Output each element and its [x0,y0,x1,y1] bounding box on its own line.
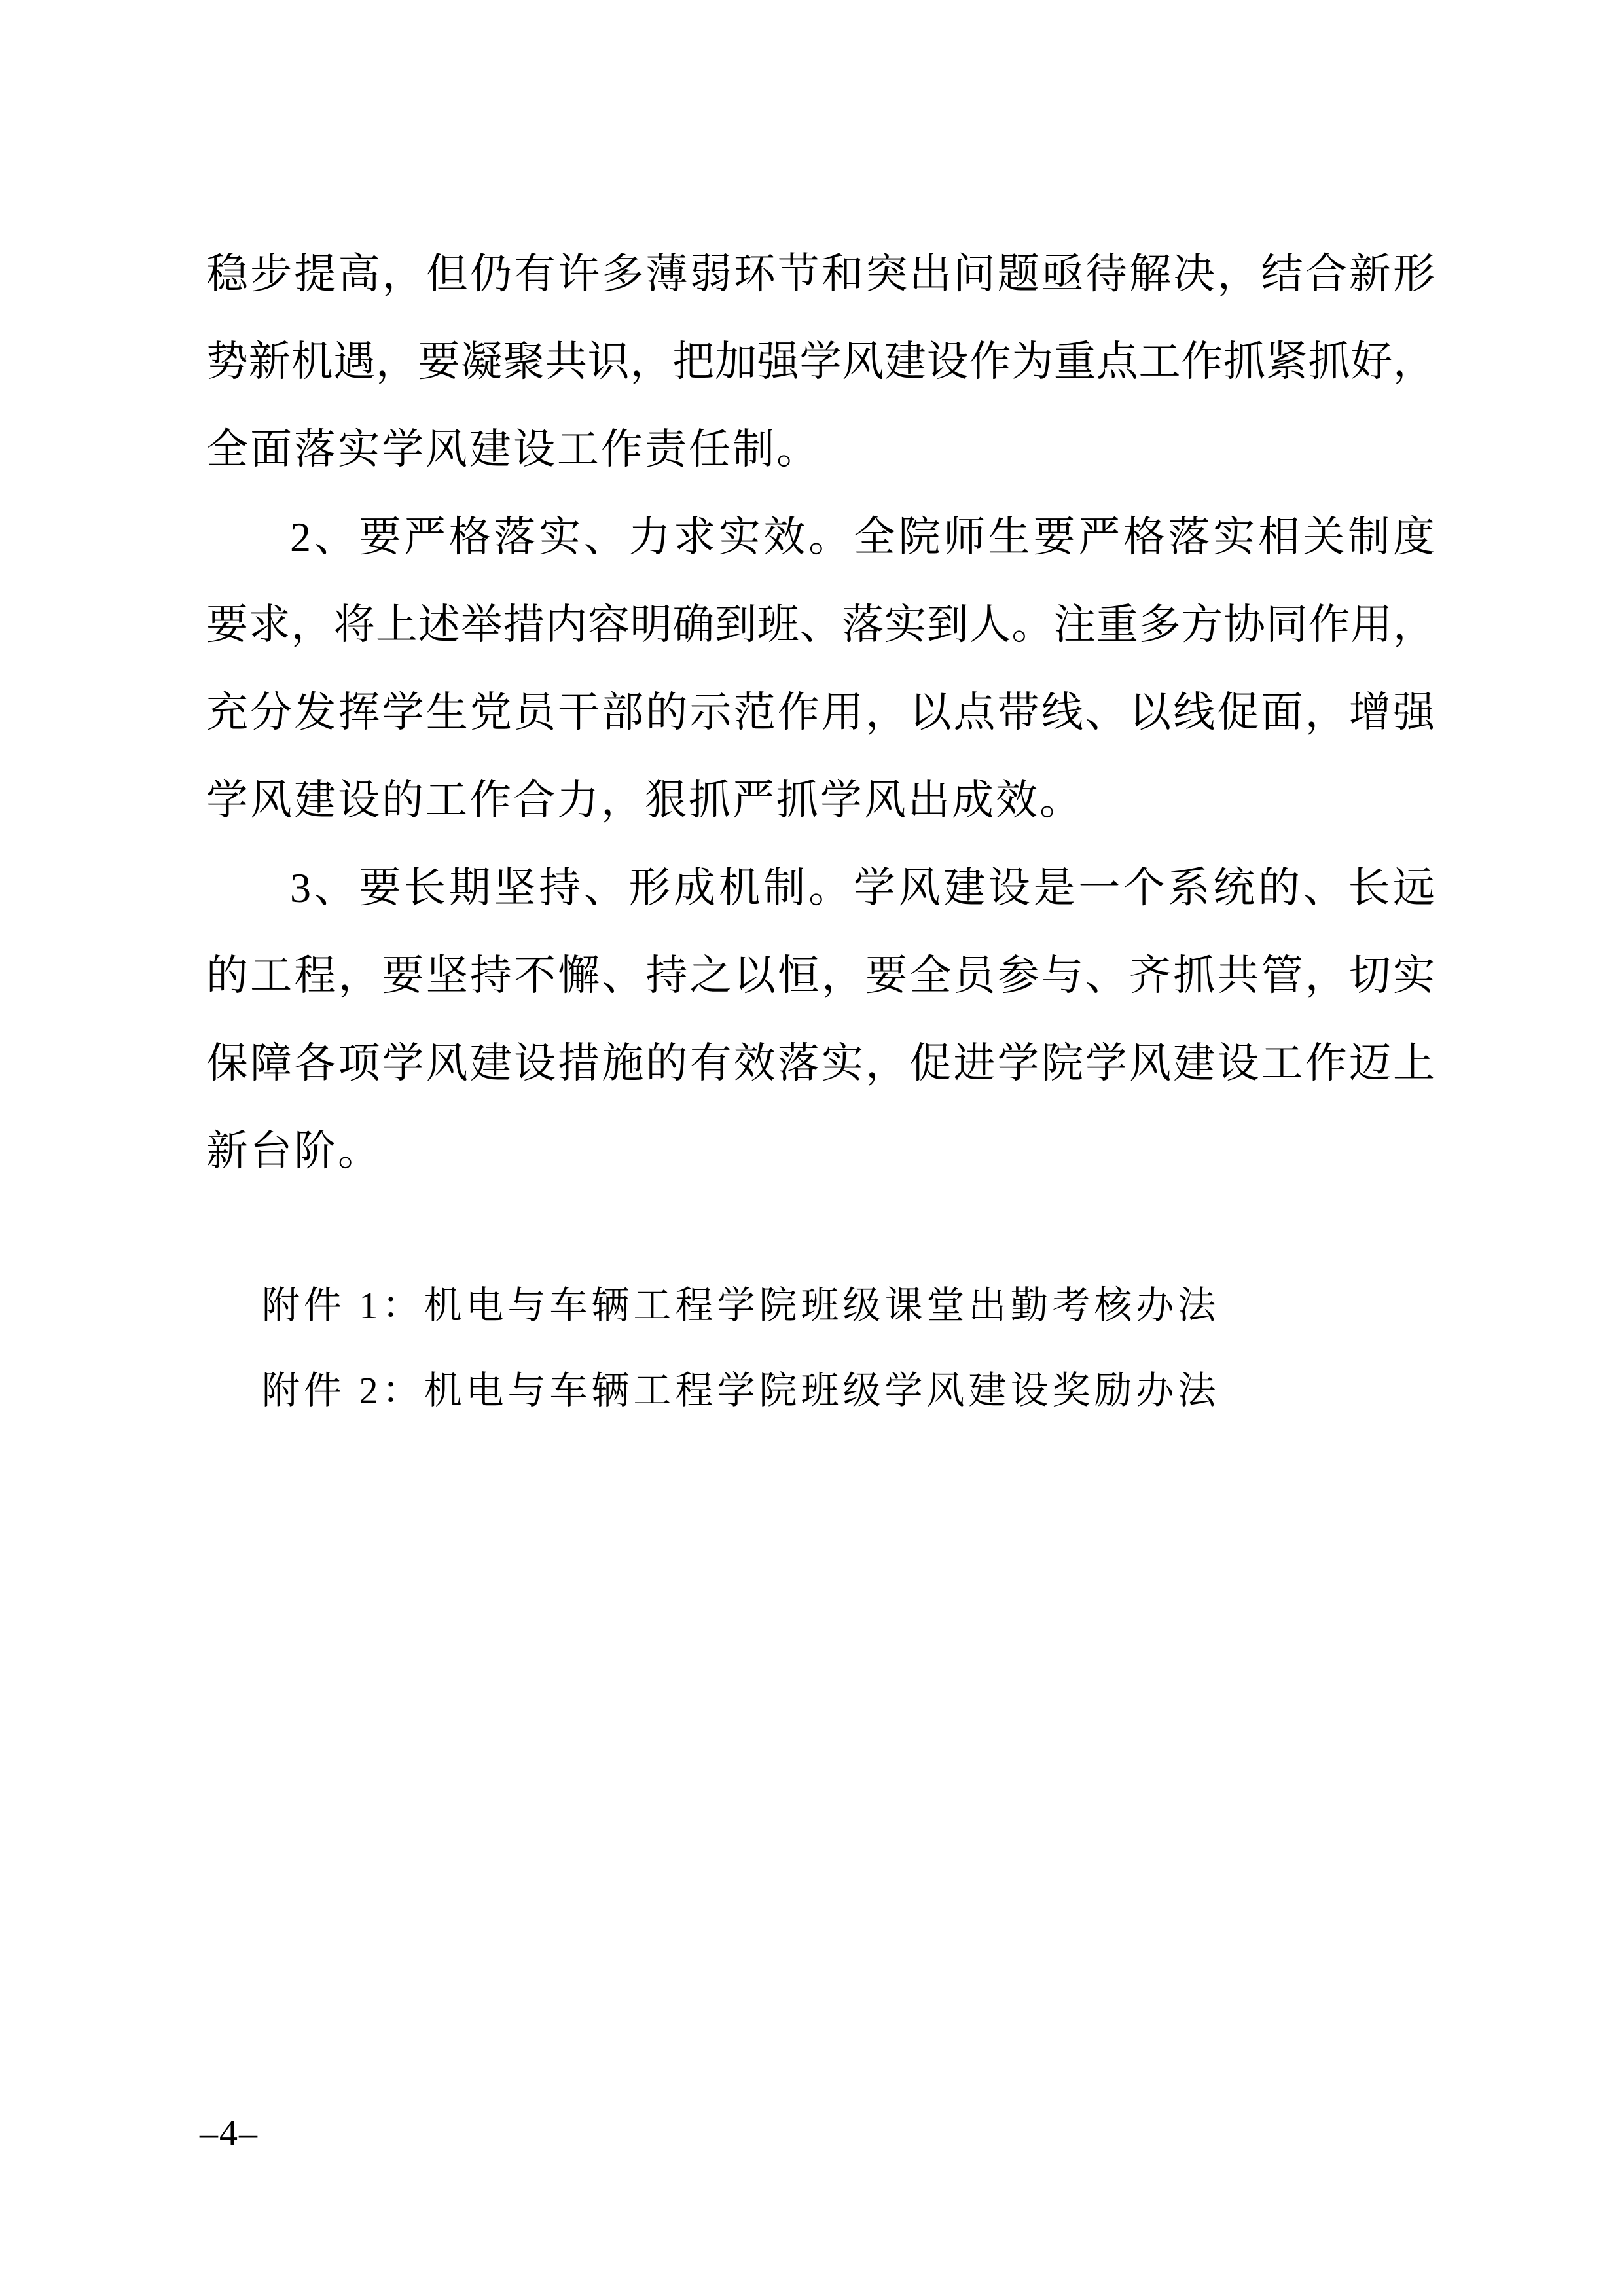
attachments-list: 附件 1：机电与车辆工程学院班级课堂出勤考核办法 附件 2：机电与车辆工程学院班… [262,1263,1440,1433]
paragraph-3-line-2: 的工程，要坚持不懈、持之以恒，要全员参与、齐抓共管，切实 [206,932,1435,1020]
page-number: –4– [200,2113,259,2153]
paragraph-2-line-2: 要求，将上述举措内容明确到班、落实到人。注重多方协同作用， [206,581,1435,669]
paragraph-1-line-2: 势新机遇，要凝聚共识，把加强学风建设作为重点工作抓紧抓好， [206,318,1435,406]
paragraph-2-line-3: 充分发挥学生党员干部的示范作用，以点带线、以线促面，增强 [206,669,1435,757]
paragraph-3-line-4: 新台阶。 [206,1107,1435,1195]
paragraph-1-line-1: 稳步提高，但仍有许多薄弱环节和突出问题亟待解决，结合新形 [206,230,1435,318]
document-body: 稳步提高，但仍有许多薄弱环节和突出问题亟待解决，结合新形 势新机遇，要凝聚共识，… [206,230,1435,1195]
attachment-2-reference: 附件 2：机电与车辆工程学院班级学风建设奖励办法 [262,1348,1440,1433]
paragraph-2-line-4: 学风建设的工作合力，狠抓严抓学风出成效。 [206,757,1435,844]
attachment-1-reference: 附件 1：机电与车辆工程学院班级课堂出勤考核办法 [262,1263,1440,1348]
paragraph-2-line-1: 2、要严格落实、力求实效。全院师生要严格落实相关制度 [206,493,1435,581]
paragraph-3-line-3: 保障各项学风建设措施的有效落实，促进学院学风建设工作迈上 [206,1020,1435,1107]
document-page: 稳步提高，但仍有许多薄弱环节和突出问题亟待解决，结合新形 势新机遇，要凝聚共识，… [0,0,1624,2296]
paragraph-1-line-3: 全面落实学风建设工作责任制。 [206,406,1435,493]
paragraph-3-line-1: 3、要长期坚持、形成机制。学风建设是一个系统的、长远 [206,844,1435,932]
